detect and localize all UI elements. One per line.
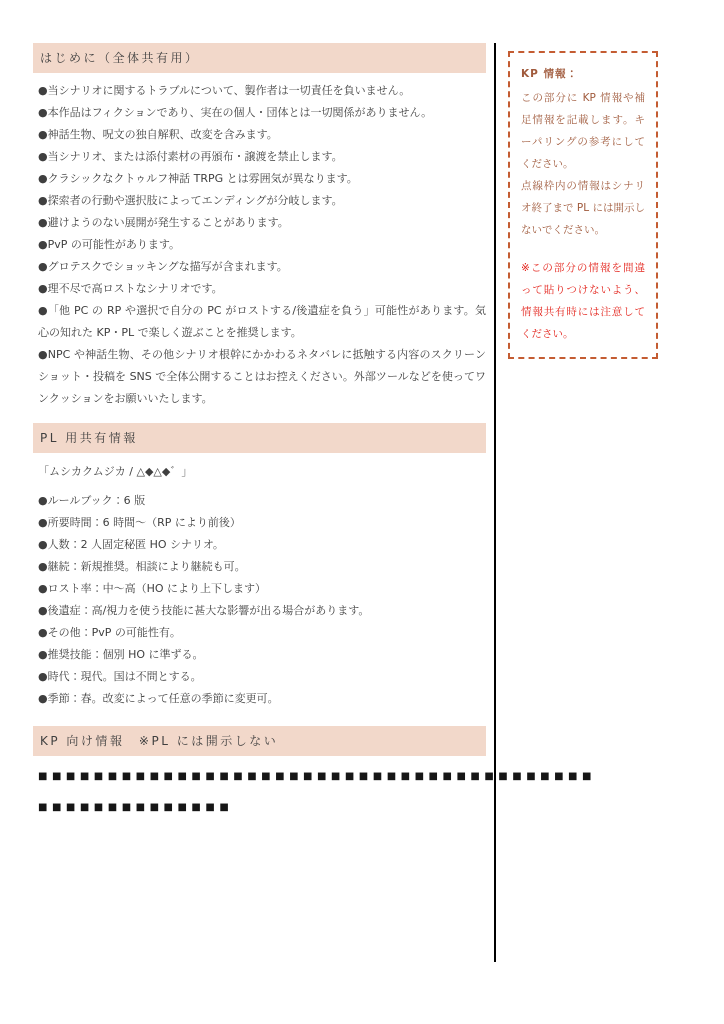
pl-bullet-list: ●ルールブック：6 版 ●所要時間：6 時間～（RP により前後） ●人数：2 … [38,490,486,710]
section-title-kp: KP 向け情報 ※PL には開示しない [40,734,278,748]
bullet-item: ●ルールブック：6 版 [38,490,486,512]
bullet-item: ●当シナリオ、または添付素材の再頒布・譲渡を禁止します。 [38,146,486,168]
bullet-item: ●NPC や神話生物、その他シナリオ根幹にかかわるネタバレに抵触する内容のスクリ… [38,344,486,410]
section-title-intro: はじめに（全体共有用） [40,51,200,65]
redacted-block: ■■■■■■■■■■■■■■■■■■■■■■■■■■■■■■■■■■■■■■■■… [33,766,486,818]
bullet-item: ●所要時間：6 時間～（RP により前後） [38,512,486,534]
bullet-item: ●時代：現代。国は不問とする。 [38,666,486,688]
kp-note-paragraph: 点線枠内の情報はシナリオ終了まで PL には開示しないでください。 [521,175,645,241]
section-header-pl: PL 用共有情報 [33,423,486,453]
bullet-item: ●人数：2 人固定秘匿 HO シナリオ。 [38,534,486,556]
bullet-item: ●避けようのない展開が発生することがあります。 [38,212,486,234]
intro-bullet-list: ●当シナリオに関するトラブルについて、製作者は一切責任を負いません。 ●本作品は… [38,80,486,410]
bullet-item: ●季節：春。改変によって任意の季節に変更可。 [38,688,486,710]
bullet-item: ●推奨技能：個別 HO に準ずる。 [38,644,486,666]
bullet-item: ●本作品はフィクションであり、実在の個人・団体とは一切関係がありません。 [38,102,486,124]
bullet-item: ●後遺症：高/視力を使う技能に甚大な影響が出る場合があります。 [38,600,486,622]
bullet-item: ●理不尽で高ロストなシナリオです。 [38,278,486,300]
kp-note-warning: ※この部分の情報を間違って貼りつけないよう、情報共有時には注意してください。 [521,257,645,345]
section-header-intro: はじめに（全体共有用） [33,43,486,73]
redacted-text-row: ■■■■■■■■■■■■■■■■■■■■■■■■■■■■■■■■■■■■■■■■ [38,766,486,787]
bullet-item: ●PvP の可能性があります。 [38,234,486,256]
bullet-item: ●探索者の行動や選択肢によってエンディングが分岐します。 [38,190,486,212]
kp-note-box: KP 情報： この部分に KP 情報や補足情報を記載します。キーパリングの参考に… [508,51,658,359]
bullet-item: ●神話生物、呪文の独自解釈、改変を含みます。 [38,124,486,146]
main-column: はじめに（全体共有用） ●当シナリオに関するトラブルについて、製作者は一切責任を… [33,43,486,818]
bullet-item: ●その他：PvP の可能性有。 [38,622,486,644]
section-title-pl: PL 用共有情報 [40,431,138,445]
bullet-item: ●「他 PC の RP や選択で自分の PC がロストする/後遺症を負う」可能性… [38,300,486,344]
section-header-kp: KP 向け情報 ※PL には開示しない [33,726,486,756]
redacted-text-row: ■■■■■■■■■■■■■■ [38,797,486,818]
bullet-item: ●クラシックなクトゥルフ神話 TRPG とは雰囲気が異なります。 [38,168,486,190]
bullet-item: ●当シナリオに関するトラブルについて、製作者は一切責任を負いません。 [38,80,486,102]
kp-note-paragraph: この部分に KP 情報や補足情報を記載します。キーパリングの参考にしてください。 [521,87,645,175]
column-divider-line [494,43,496,962]
kp-note-title: KP 情報： [521,63,645,85]
scenario-title: 「ムシカクムジカ / △◆△◆゛」 [38,461,486,483]
bullet-item: ●グロテスクでショッキングな描写が含まれます。 [38,256,486,278]
document-page: はじめに（全体共有用） ●当シナリオに関するトラブルについて、製作者は一切責任を… [0,0,724,1024]
bullet-item: ●ロスト率：中～高（HO により上下します） [38,578,486,600]
bullet-item: ●継続：新規推奨。相談により継続も可。 [38,556,486,578]
